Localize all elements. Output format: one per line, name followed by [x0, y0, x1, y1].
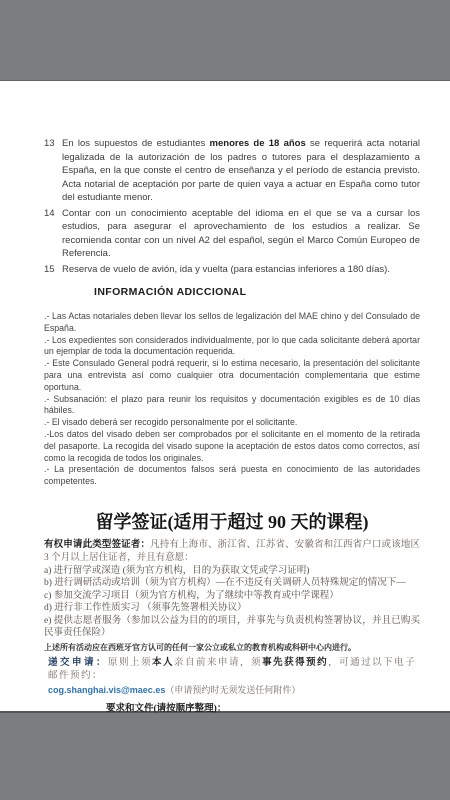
chinese-title: 留学签证(适用于超过 90 天的课程) [44, 508, 420, 534]
bullet-line: .- Las Actas notariales deben llevar los… [44, 311, 420, 335]
spanish-numbered-list: 13 En los supuestos de estudiantes menor… [44, 137, 420, 276]
item-number: 13 [44, 137, 62, 205]
eligibility-label: 有权申请此类型签证者： [44, 540, 150, 550]
list-item: 13 En los supuestos de estudiantes menor… [44, 137, 420, 205]
additional-info-bullets: .- Las Actas notariales deben llevar los… [44, 311, 420, 488]
bullet-line: .-Los datos del visado deben ser comprob… [44, 429, 420, 464]
item-text: En los supuestos de estudiantes menores … [62, 137, 420, 205]
purpose-item: c) 参加交流学习项目（须为官方机构，为了继续中等教育或中学课程） [44, 590, 420, 602]
purpose-item: d) 进行非工作性质实习 （须事先签署相关协议） [44, 602, 420, 614]
submission-paragraph: 递交申请：原则上须本人亲自前来申请，须事先获得预约，可通过以下电子邮件预约： [48, 657, 420, 683]
bullet-line: .- Los expedientes son considerados indi… [44, 335, 420, 359]
bullet-line: .- La presentación de documentos falsos … [44, 464, 420, 488]
bullet-line: .- Este Consulado General podrá requerir… [44, 358, 420, 393]
item-text: Reserva de vuelo de avión, ida y vuelta … [62, 263, 420, 277]
letterbox-top [0, 0, 450, 80]
submission-label: 递交申请： [48, 658, 108, 668]
email-line: cog.shanghai.vis@maec.es（申请预约时无须发送任何附件） [48, 684, 420, 698]
list-item: 15 Reserva de vuelo de avión, ida y vuel… [44, 263, 420, 277]
list-item: 14 Contar con un conocimiento aceptable … [44, 207, 420, 261]
purpose-item: b) 进行调研活动或培训（须为官方机构）—在不违反有关调研人员特殊规定的情况下— [44, 577, 420, 589]
email-note: （申请预约时无须发送任何附件） [165, 685, 300, 695]
item-text: Contar con un conocimiento aceptable del… [62, 207, 420, 261]
item-number: 14 [44, 207, 62, 261]
eligibility-paragraph: 有权申请此类型签证者：凡持有上海市、浙江省、江苏省、安徽省和江西省户口或该地区 … [44, 539, 420, 565]
item-number: 15 [44, 263, 62, 277]
purpose-item: a) 进行留学或深造 (须为官方机构，目的为获取文凭或学习证明) [44, 565, 420, 577]
bullet-line: .- Subsanación: el plazo para reunir los… [44, 394, 420, 418]
screen: { "theme": { "letterbox_gray": "#7b7d7f"… [0, 0, 450, 800]
purpose-list: a) 进行留学或深造 (须为官方机构，目的为获取文凭或学习证明) b) 进行调研… [44, 565, 420, 639]
email-link[interactable]: cog.shanghai.vis@maec.es [48, 685, 165, 695]
letterbox-bottom [0, 713, 450, 800]
bullet-line: .- El visado deberá ser recogido persona… [44, 417, 420, 429]
purpose-item: e) 提供志愿者服务（参加以公益为目的的项目，并事先与负责机构签署协议，并且已购… [44, 615, 420, 640]
section-heading: INFORMACIÓN ADICCIONAL [94, 286, 420, 298]
document-page[interactable]: 13 En los supuestos de estudiantes menor… [0, 80, 450, 713]
institutions-note: 上述所有活动应在西班牙官方认可的任何一家公立或私立的教育机构或科研中心内进行。 [44, 642, 420, 653]
